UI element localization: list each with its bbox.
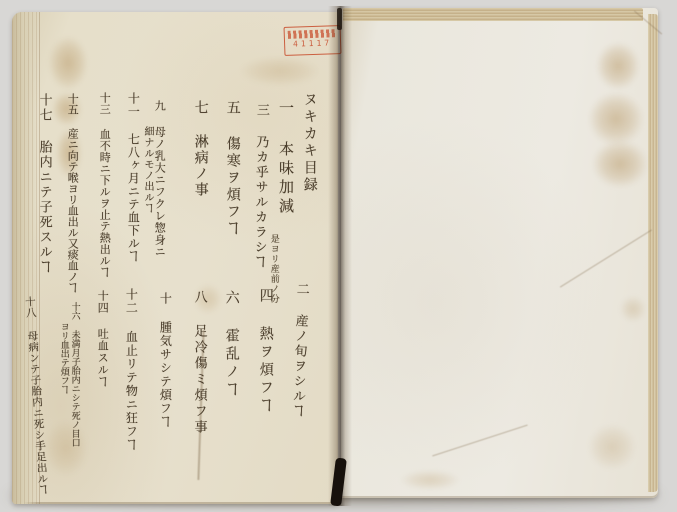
toc-entry-13: 十三 血不時ニ下ルヲ止テ熱出ルヿ xyxy=(98,92,111,278)
toc-entry-5: 五 傷寒ヲ煩フヿ xyxy=(224,100,241,238)
paper-stain xyxy=(588,424,636,470)
paper-crease xyxy=(560,229,652,287)
toc-entry-16-line2: ヨリ血出テ煩フヿ xyxy=(58,302,69,447)
toc-entry-9-line1: 九 母ノ乳大ニフクレ惣身ニ xyxy=(153,100,166,258)
toc-entry-16: 十六 未満月子胎内ニシテ死ノ目口 ヨリ血出テ煩フヿ xyxy=(58,302,80,447)
toc-entry-9: 九 母ノ乳大ニフクレ惣身ニ 細ナルモノ出ルヿ xyxy=(141,100,166,258)
toc-entry-12: 十二 血止リテ物ニ狂フヿ xyxy=(124,288,138,452)
paper-stain xyxy=(240,56,320,86)
toc-entry-14: 十四 吐血スルヿ xyxy=(96,290,109,388)
toc-entry-3: 三 乃カ乎サルカラシヿ xyxy=(251,103,270,270)
toc-entry-8: 八 足冷傷ミ煩フ事 xyxy=(191,290,207,436)
page-stack-right-edge xyxy=(648,14,658,492)
book-photo: 41117 ヌキカキ目録 一 本味加減 三 乃カ乎サルカラシヿ 五 傷寒ヲ煩フヿ… xyxy=(0,0,677,512)
toc-title: ヌキカキ目録 xyxy=(301,92,318,194)
right-page xyxy=(341,8,658,498)
library-stamp: 41117 xyxy=(284,25,342,56)
toc-entry-17: 十七 胎内ニテ子死スルヿ xyxy=(36,93,52,275)
paper-crease xyxy=(432,425,527,457)
toc-entry-6: 六 霍乱ノヿ xyxy=(223,290,240,400)
paper-stain xyxy=(592,140,648,188)
toc-entry-11: 十一 七八ヶ月ニテ血下ルヿ xyxy=(126,92,140,263)
toc-entry-16-line1: 十六 未満月子胎内ニシテ死ノ目口 xyxy=(69,302,80,447)
paper-stain xyxy=(48,36,88,90)
toc-entry-7: 七 淋病ノ事 xyxy=(192,100,209,198)
page-stack-top-edge xyxy=(343,8,643,21)
stamp-characters xyxy=(288,29,337,39)
paper-stain xyxy=(588,92,644,146)
toc-entry-10: 十 腫気サシテ煩フヿ xyxy=(158,292,172,429)
paper-stain xyxy=(400,470,460,490)
toc-entry-4: 四 熱ヲ煩フヿ xyxy=(257,288,274,416)
paper-stain xyxy=(596,42,640,90)
stamp-number: 41117 xyxy=(285,37,340,50)
toc-entry-1: 一 本味加減 xyxy=(277,100,295,217)
toc-entry-15: 十五 産ニ向テ喉ヨリ血出ル又痰血ノヿ xyxy=(66,93,79,293)
paper-stain xyxy=(620,296,646,322)
toc-entry-9-line2: 細ナルモノ出ルヿ xyxy=(141,100,153,258)
binding-cord-top xyxy=(337,8,342,30)
